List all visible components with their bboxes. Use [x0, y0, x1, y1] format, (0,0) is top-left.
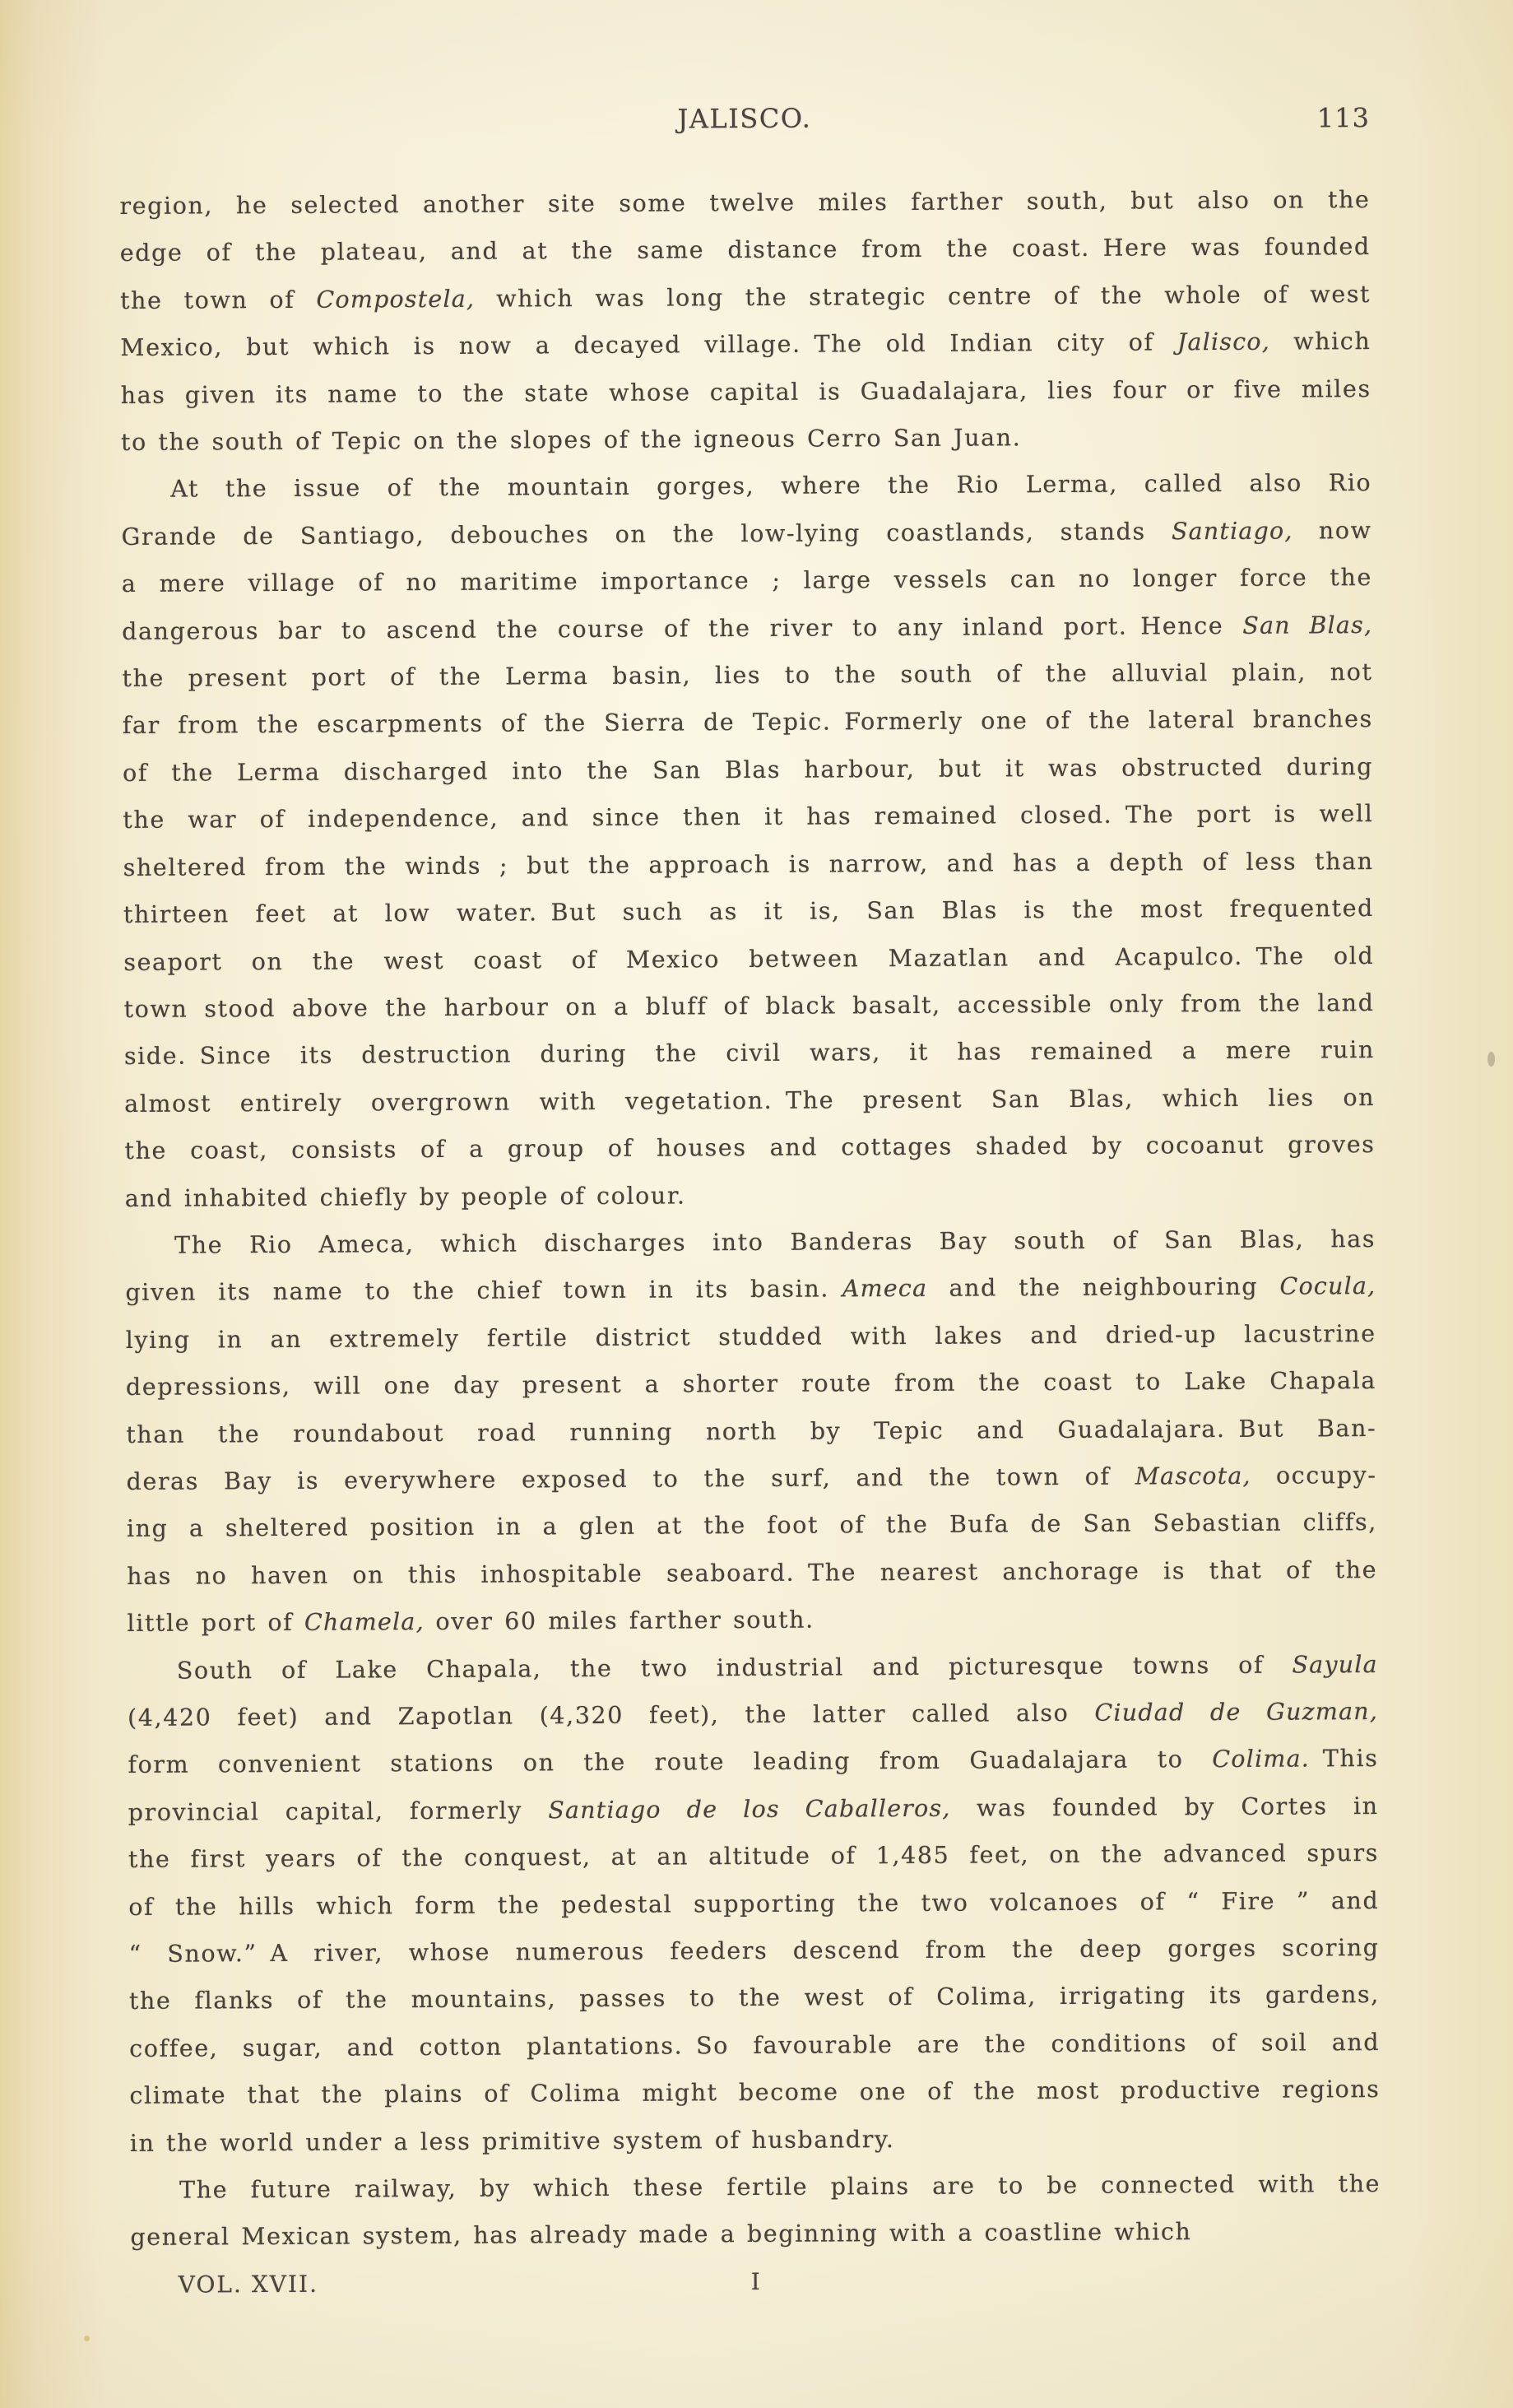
text-line: coffee, sugar, and cotton plantations. S… — [129, 2019, 1380, 2072]
page-footer: VOL. XVII. I — [131, 2262, 1381, 2306]
text-line: The Rio Ameca, which discharges into Ban… — [125, 1216, 1376, 1269]
page-number: 113 — [1317, 100, 1370, 136]
text-line: thirteen feet at low water. But such as … — [123, 885, 1374, 938]
text-line: “ Snow.” A river, whose numerous feeders… — [128, 1924, 1379, 1978]
text-line: almost entirely overgrown with vegetatio… — [124, 1074, 1375, 1127]
text-line: (4,420 feet) and Zapotlan (4,320 feet), … — [128, 1688, 1378, 1741]
scan-speck — [1487, 1052, 1495, 1067]
text-line: the flanks of the mountains, passes to t… — [129, 1971, 1380, 2024]
text-line: ing a sheltered position in a glen at th… — [127, 1499, 1377, 1552]
text-line: town stood above the harbour on a bluff … — [123, 979, 1374, 1033]
text-line: Mexico, but which is now a decayed villa… — [120, 318, 1371, 371]
text-line: region, he selected another site some tw… — [119, 176, 1370, 230]
text-line: edge of the plateau, and at the same dis… — [120, 223, 1371, 277]
text-line: form convenient stations on the route le… — [128, 1735, 1378, 1788]
text-line: little port of Chamela, over 60 miles fa… — [127, 1593, 1377, 1647]
running-title: JALISCO. — [119, 97, 1370, 140]
text-line: deras Bay is everywhere exposed to the s… — [126, 1452, 1376, 1505]
signature-mark: I — [131, 2262, 1381, 2303]
text-line: Grande de Santiago, debouches on the low… — [121, 507, 1371, 560]
page-content: JALISCO. 113 region, he selected another… — [118, 0, 1381, 2408]
text-line: dangerous bar to ascend the course of th… — [122, 602, 1372, 655]
text-line: of the hills which form the pedestal sup… — [128, 1877, 1379, 1931]
text-line: seaport on the west coast of Mexico betw… — [123, 932, 1374, 986]
text-line: to the south of Tepic on the slopes of t… — [121, 412, 1371, 466]
text-line: of the Lerma discharged into the San Bla… — [123, 743, 1373, 797]
text-line: has no haven on this inhospitable seaboa… — [127, 1546, 1377, 1600]
text-line: side. Since its destruction during the c… — [124, 1026, 1375, 1080]
text-line: lying in an extremely fertile district s… — [126, 1310, 1376, 1364]
text-line: depressions, will one day present a shor… — [126, 1357, 1376, 1411]
text-line: general Mexican system, has already made… — [130, 2207, 1381, 2261]
text-line: than the roundabout road running north b… — [126, 1405, 1376, 1458]
text-line: the first years of the conquest, at an a… — [128, 1829, 1379, 1883]
text-line: the coast, consists of a group of houses… — [124, 1121, 1375, 1174]
text-line: in the world under a less primitive syst… — [130, 2113, 1381, 2167]
text-line: the present port of the Lerma basin, lie… — [122, 648, 1372, 702]
text-line: sheltered from the winds ; but the appro… — [123, 838, 1374, 891]
scan-speck — [84, 2336, 90, 2341]
text-line: and inhabited chiefly by people of colou… — [125, 1169, 1376, 1222]
body-text: region, he selected another site some tw… — [119, 176, 1381, 2262]
text-line: climate that the plains of Colima might … — [129, 2066, 1380, 2119]
text-line: provincial capital, formerly Santiago de… — [128, 1783, 1379, 1836]
book-page: JALISCO. 113 region, he selected another… — [0, 0, 1513, 2408]
text-line: has given its name to the state whose ca… — [121, 365, 1371, 419]
text-line: given its name to the chief town in its … — [125, 1262, 1376, 1316]
text-line: South of Lake Chapala, the two industria… — [128, 1641, 1378, 1694]
text-line: a mere village of no maritime importance… — [122, 554, 1372, 607]
text-line: the war of independence, and since then … — [123, 790, 1373, 844]
text-line: far from the escarpments of the Sierra d… — [123, 695, 1373, 749]
text-line: The future railway, by which these ferti… — [130, 2160, 1381, 2214]
page-header: JALISCO. 113 — [119, 97, 1370, 143]
text-line: At the issue of the mountain gorges, whe… — [121, 459, 1371, 513]
text-line: the town of Compostela, which was long t… — [120, 271, 1371, 324]
